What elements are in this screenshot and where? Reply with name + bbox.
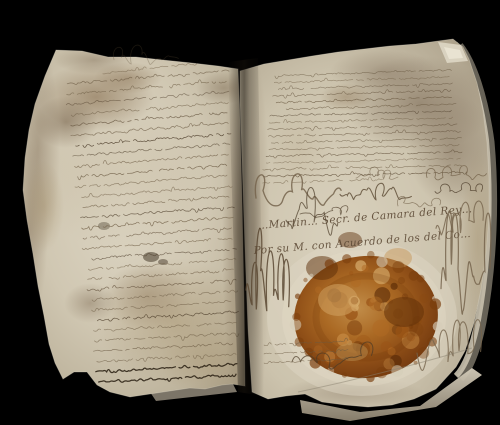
seal-edge-bump xyxy=(433,321,443,331)
seal-edge-bump xyxy=(292,313,300,321)
manuscript-photograph: …Martin… Secr. de Camara del Rey… Por su… xyxy=(0,0,500,425)
stain xyxy=(64,283,116,323)
seal-edge-bump xyxy=(310,357,321,368)
seal-dark-patch xyxy=(384,297,424,327)
seal-edge-bump xyxy=(309,274,313,278)
seal-edge-bump xyxy=(367,251,375,259)
manuscript-scene: …Martin… Secr. de Camara del Rey… Por su… xyxy=(0,0,500,425)
ink-blot xyxy=(143,252,159,262)
seal-mottle-blob xyxy=(420,294,429,303)
seal-edge-bump xyxy=(342,372,347,377)
seal-mottle-blob xyxy=(347,320,362,335)
seal-edge-bump xyxy=(295,294,301,300)
seal-mottle-blob xyxy=(314,345,323,354)
seal-edge-bump xyxy=(376,256,387,267)
seal-edge-bump xyxy=(392,261,404,273)
seal-edge-bump xyxy=(325,259,334,268)
seal-mottle-blob xyxy=(372,320,389,337)
stain xyxy=(30,110,210,250)
seal-edge-bump xyxy=(303,278,307,282)
seal-light-patch xyxy=(318,284,358,316)
seal-edge-bump xyxy=(417,275,425,283)
seal-edge-bump xyxy=(391,365,403,377)
seal-edge-bump xyxy=(430,298,441,309)
seal-mottle-blob xyxy=(362,265,369,272)
seal-light-patch xyxy=(336,343,368,361)
seal-edge-bump xyxy=(342,254,351,263)
